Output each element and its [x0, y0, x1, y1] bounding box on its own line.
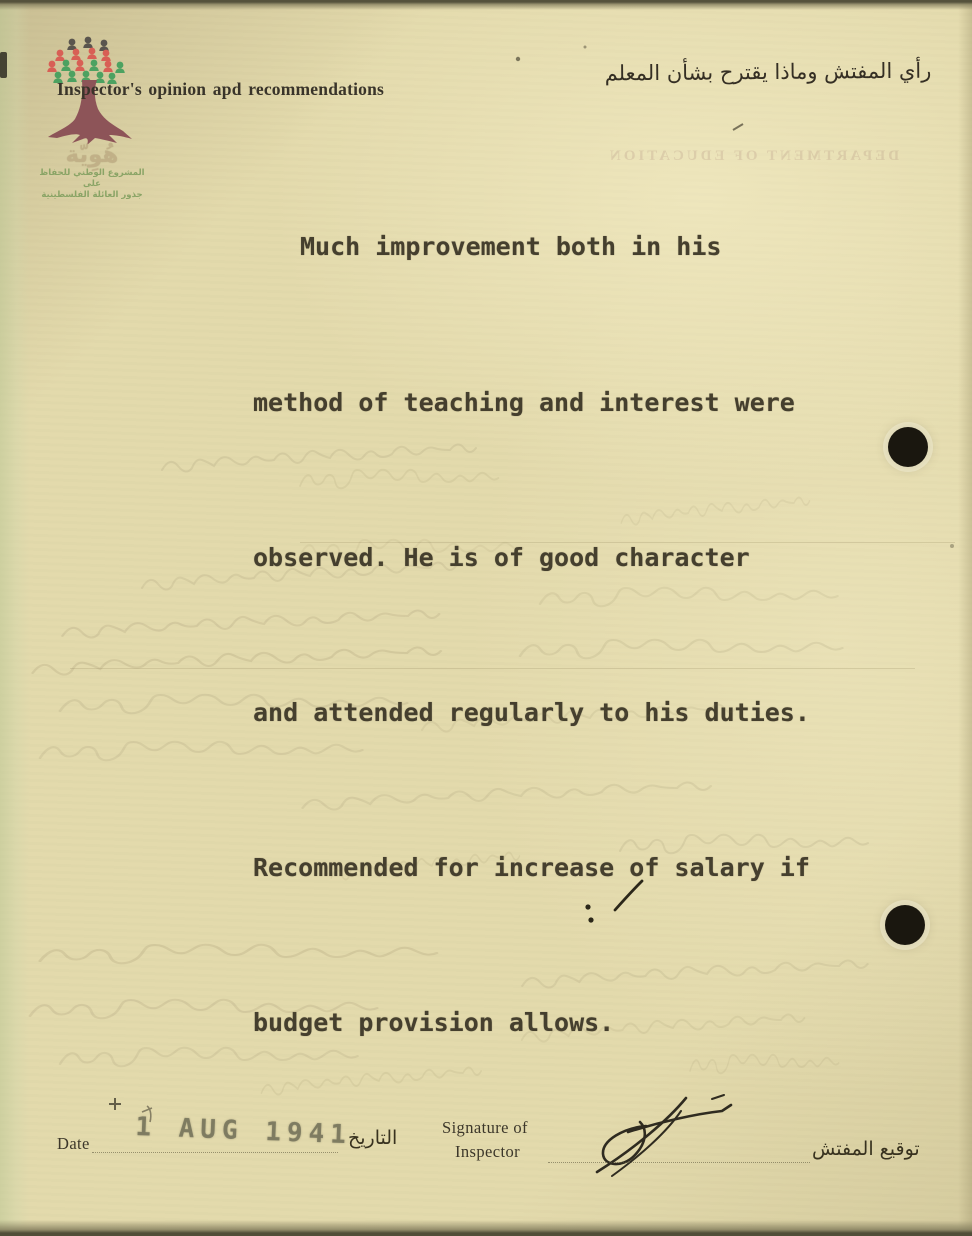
signature-dotted-line	[548, 1161, 810, 1163]
date-label-english: Date	[57, 1134, 90, 1154]
date-label-arabic: التاريخ	[348, 1127, 397, 1149]
cross-ink-mark	[109, 1098, 121, 1110]
signature-label-line1: Signature of	[442, 1118, 528, 1138]
slash-ink-mark	[615, 881, 642, 910]
edge-ink-dash	[0, 52, 7, 78]
signature-label-line2: Inspector	[455, 1142, 520, 1162]
signature-label-arabic: توقيع المفتش	[812, 1138, 920, 1160]
colon-ink-mark	[585, 904, 593, 922]
ink-marks-overlay	[0, 0, 972, 1236]
scanned-document-page: هُوِيّة المشروع الوطني للحفاظ على جذور ا…	[0, 0, 972, 1236]
date-dotted-line	[92, 1151, 338, 1153]
inspector-signature	[597, 1095, 731, 1176]
